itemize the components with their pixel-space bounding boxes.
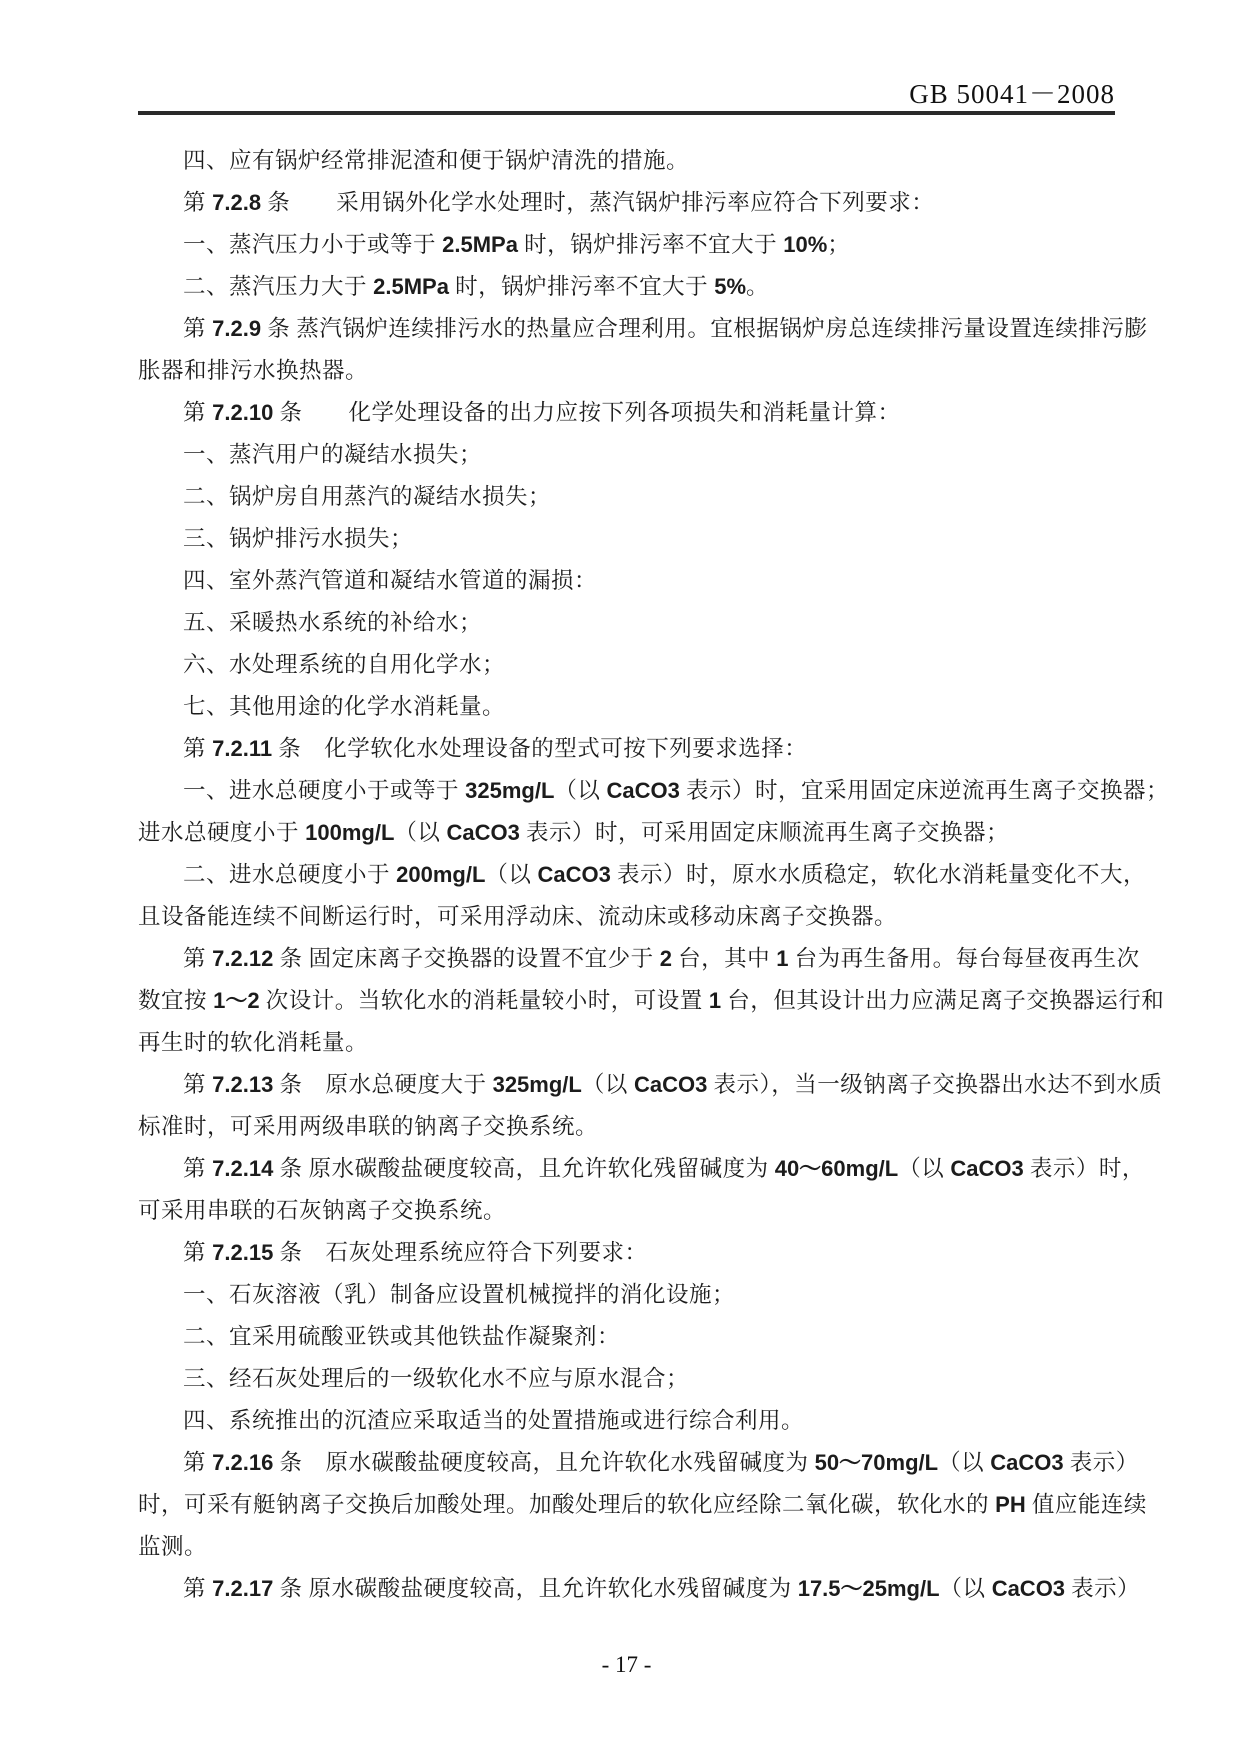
header-rule-divider: [138, 111, 1115, 115]
text-line: 且设备能连续不间断运行时，可采用浮动床、流动床或移动床离子交换器。: [138, 896, 1138, 938]
text-line: 第 7.2.14 条 原水碳酸盐硬度较高，且允许软化残留碱度为 40～60mg/…: [138, 1148, 1138, 1190]
text-line: 第 7.2.15 条 石灰处理系统应符合下列要求：: [138, 1232, 1138, 1274]
text-line: 再生时的软化消耗量。: [138, 1022, 1138, 1064]
text-line: 五、采暖热水系统的补给水；: [138, 602, 1138, 644]
text-line: 时，可采有艇钠离子交换后加酸处理。加酸处理后的软化应经除二氧化碳，软化水的 PH…: [138, 1484, 1138, 1526]
text-line: 三、锅炉排污水损失；: [138, 518, 1138, 560]
text-line: 第 7.2.11 条 化学软化水处理设备的型式可按下列要求选择：: [138, 728, 1138, 770]
text-line: 四、室外蒸汽管道和凝结水管道的漏损：: [138, 560, 1138, 602]
text-line: 第 7.2.9 条 蒸汽锅炉连续排污水的热量应合理利用。宜根据锅炉房总连续排污量…: [138, 308, 1138, 350]
text-line: 二、宜采用硫酸亚铁或其他铁盐作凝聚剂：: [138, 1316, 1138, 1358]
text-line: 进水总硬度小于 100mg/L（以 CaCO3 表示）时，可采用固定床顺流再生离…: [138, 812, 1138, 854]
text-line: 一、蒸汽用户的凝结水损失；: [138, 434, 1138, 476]
text-line: 标准时，可采用两级串联的钠离子交换系统。: [138, 1106, 1138, 1148]
text-line: 二、进水总硬度小于 200mg/L（以 CaCO3 表示）时，原水水质稳定，软化…: [138, 854, 1138, 896]
text-line: 胀器和排污水换热器。: [138, 350, 1138, 392]
text-line: 一、蒸汽压力小于或等于 2.5MPa 时，锅炉排污率不宜大于 10%；: [138, 224, 1138, 266]
text-line: 第 7.2.17 条 原水碳酸盐硬度较高，且允许软化水残留碱度为 17.5～25…: [138, 1568, 1138, 1610]
text-line: 二、锅炉房自用蒸汽的凝结水损失；: [138, 476, 1138, 518]
footer-page-number: - 17 -: [138, 1644, 1115, 1686]
text-line: 四、应有锅炉经常排泥渣和便于锅炉清洗的措施。: [138, 140, 1138, 182]
text-line: 一、进水总硬度小于或等于 325mg/L（以 CaCO3 表示）时，宜采用固定床…: [138, 770, 1138, 812]
text-line: 三、经石灰处理后的一级软化水不应与原水混合；: [138, 1358, 1138, 1400]
document-body: 四、应有锅炉经常排泥渣和便于锅炉清洗的措施。第 7.2.8 条 采用锅外化学水处…: [138, 140, 1138, 1610]
text-line: 监测。: [138, 1526, 1138, 1568]
header-doc-number: GB 50041－2008: [138, 72, 1115, 111]
text-line: 四、系统推出的沉渣应采取适当的处置措施或进行综合利用。: [138, 1400, 1138, 1442]
text-line: 第 7.2.8 条 采用锅外化学水处理时，蒸汽锅炉排污率应符合下列要求：: [138, 182, 1138, 224]
text-line: 一、石灰溶液（乳）制备应设置机械搅拌的消化设施；: [138, 1274, 1138, 1316]
text-line: 六、水处理系统的自用化学水；: [138, 644, 1138, 686]
text-line: 二、蒸汽压力大于 2.5MPa 时，锅炉排污率不宜大于 5%。: [138, 266, 1138, 308]
text-line: 第 7.2.10 条 化学处理设备的出力应按下列各项损失和消耗量计算：: [138, 392, 1138, 434]
text-line: 第 7.2.12 条 固定床离子交换器的设置不宜少于 2 台，其中 1 台为再生…: [138, 938, 1138, 980]
text-line: 七、其他用途的化学水消耗量。: [138, 686, 1138, 728]
text-line: 数宜按 1～2 次设计。当软化水的消耗量较小时，可设置 1 台，但其设计出力应满…: [138, 980, 1138, 1022]
text-line: 可采用串联的石灰钠离子交换系统。: [138, 1190, 1138, 1232]
text-line: 第 7.2.13 条 原水总硬度大于 325mg/L（以 CaCO3 表示），当…: [138, 1064, 1138, 1106]
text-line: 第 7.2.16 条 原水碳酸盐硬度较高，且允许软化水残留碱度为 50～70mg…: [138, 1442, 1138, 1484]
